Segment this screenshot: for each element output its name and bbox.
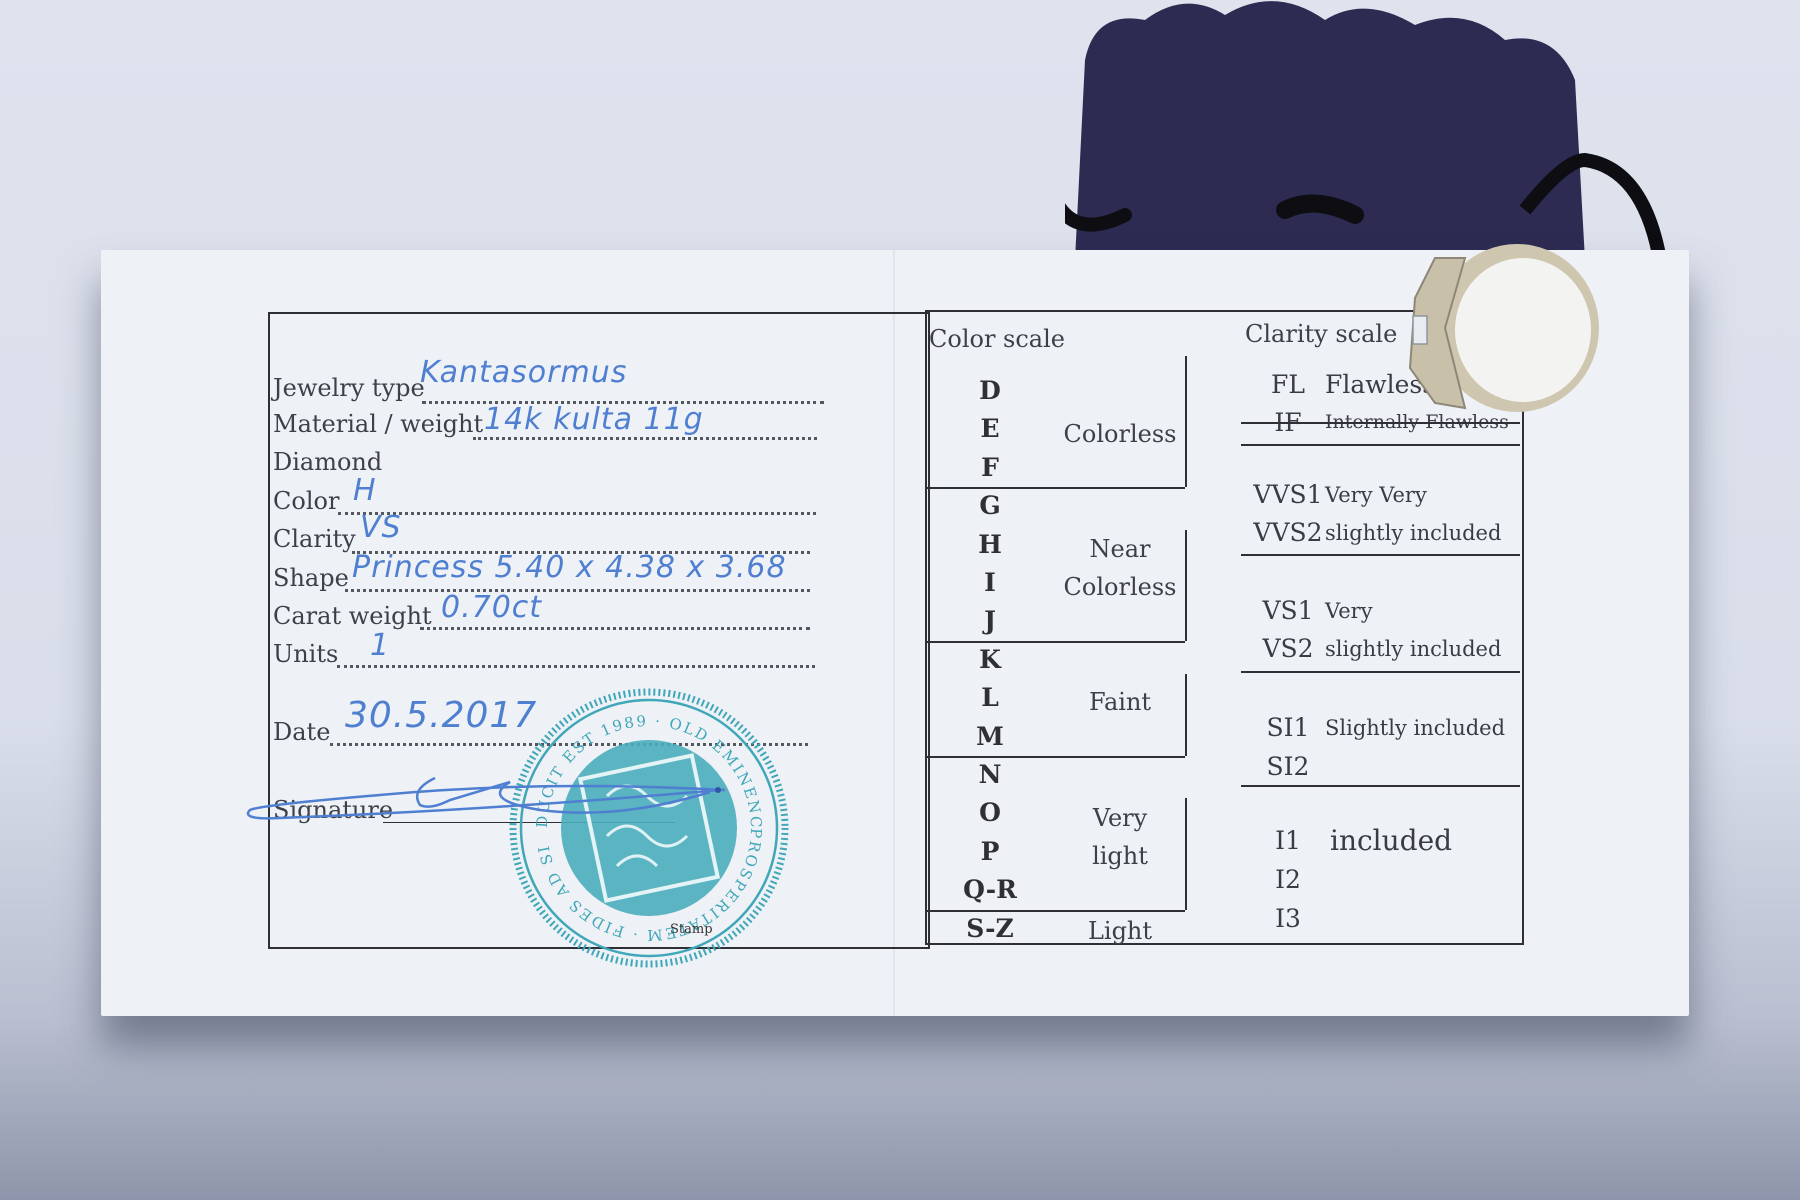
color-grade: D — [960, 376, 1020, 405]
field-jewelry-type-label: Jewelry type — [273, 374, 425, 402]
color-grade: L — [960, 683, 1020, 712]
field-color-label: Color — [273, 487, 339, 515]
field-shape-label: Shape — [273, 564, 349, 592]
color-grade: E — [960, 414, 1020, 443]
color-group-bracket — [1185, 356, 1187, 487]
field-shape-value: Princess 5.40 x 4.38 x 3.68 — [352, 550, 787, 585]
color-group-bracket — [1185, 530, 1187, 641]
field-shape-line — [345, 589, 810, 592]
color-grade: J — [960, 606, 1020, 635]
color-grade: O — [960, 798, 1020, 827]
clarity-description: Very — [1325, 599, 1373, 623]
color-scale-title: Color scale — [929, 325, 1065, 353]
field-diamond-label: Diamond — [273, 448, 382, 476]
color-grade: M — [960, 722, 1020, 751]
field-material-label: Material / weight — [273, 410, 483, 438]
clarity-grade: VS1 — [1248, 596, 1328, 625]
color-group-description: Colorless — [1040, 415, 1200, 453]
color-group-description: Verylight — [1040, 799, 1200, 875]
field-units-label: Units — [273, 640, 338, 668]
color-group-bracket — [1185, 798, 1187, 909]
field-clarity-value: VS — [360, 510, 402, 545]
color-grade: P — [960, 837, 1020, 866]
color-grade: S-Z — [960, 914, 1020, 943]
field-color-value: H — [353, 473, 377, 508]
clarity-group-divider — [1241, 444, 1520, 446]
clarity-group-divider — [1241, 671, 1520, 673]
clarity-grade: FL — [1248, 370, 1328, 399]
clarity-grade: SI1 — [1248, 713, 1328, 742]
field-carat-weight-line — [420, 627, 810, 630]
color-group-description: Faint — [1040, 683, 1200, 721]
color-group-divider — [927, 487, 1185, 489]
color-grade: F — [960, 453, 1020, 482]
color-group-divider — [927, 641, 1185, 643]
stamp-label: Stamp — [670, 922, 713, 937]
clarity-grade: SI2 — [1248, 752, 1328, 781]
field-material-line — [473, 437, 817, 440]
clarity-description: Very Very — [1325, 483, 1427, 507]
color-group-divider — [927, 756, 1185, 758]
color-grade: G — [960, 491, 1020, 520]
field-date-label: Date — [273, 718, 330, 746]
clarity-grade: I3 — [1248, 904, 1328, 933]
clarity-description: included — [1330, 824, 1452, 857]
clarity-grade: I1 — [1248, 826, 1328, 855]
field-clarity-label: Clarity — [273, 525, 356, 553]
clarity-grade: I2 — [1248, 865, 1328, 894]
handwritten-signature — [240, 770, 740, 840]
clarity-group-divider — [1241, 554, 1520, 556]
clarity-grade: VVS2 — [1248, 518, 1328, 547]
color-grade: N — [960, 760, 1020, 789]
clarity-group-divider — [1241, 422, 1520, 424]
field-units-value: 1 — [370, 628, 390, 663]
field-jewelry-type-value: Kantasormus — [420, 355, 627, 390]
color-group-description: Light — [1040, 912, 1200, 950]
color-grade: Q-R — [960, 875, 1020, 904]
clarity-grade: VS2 — [1248, 634, 1328, 663]
field-units-line — [337, 665, 815, 668]
field-carat-weight-value: 0.70ct — [441, 590, 542, 625]
clarity-scale-title: Clarity scale — [1245, 320, 1397, 348]
field-color-line — [338, 512, 816, 515]
velvet-pouch — [1065, 0, 1745, 260]
diamond-ring — [1405, 238, 1605, 418]
clarity-grade: VVS1 — [1248, 480, 1328, 509]
clarity-group-divider — [1241, 785, 1520, 787]
color-grade: H — [960, 530, 1020, 559]
color-grade: K — [960, 645, 1020, 674]
field-material-value: 14k kulta 11g — [484, 402, 704, 437]
clarity-description: slightly included — [1325, 521, 1501, 545]
clarity-description: Slightly included — [1325, 716, 1505, 740]
color-group-description: NearColorless — [1040, 530, 1200, 606]
color-group-bracket — [1185, 674, 1187, 756]
color-grade: I — [960, 568, 1020, 597]
clarity-description: slightly included — [1325, 637, 1501, 661]
field-carat-weight-label: Carat weight — [273, 602, 432, 630]
